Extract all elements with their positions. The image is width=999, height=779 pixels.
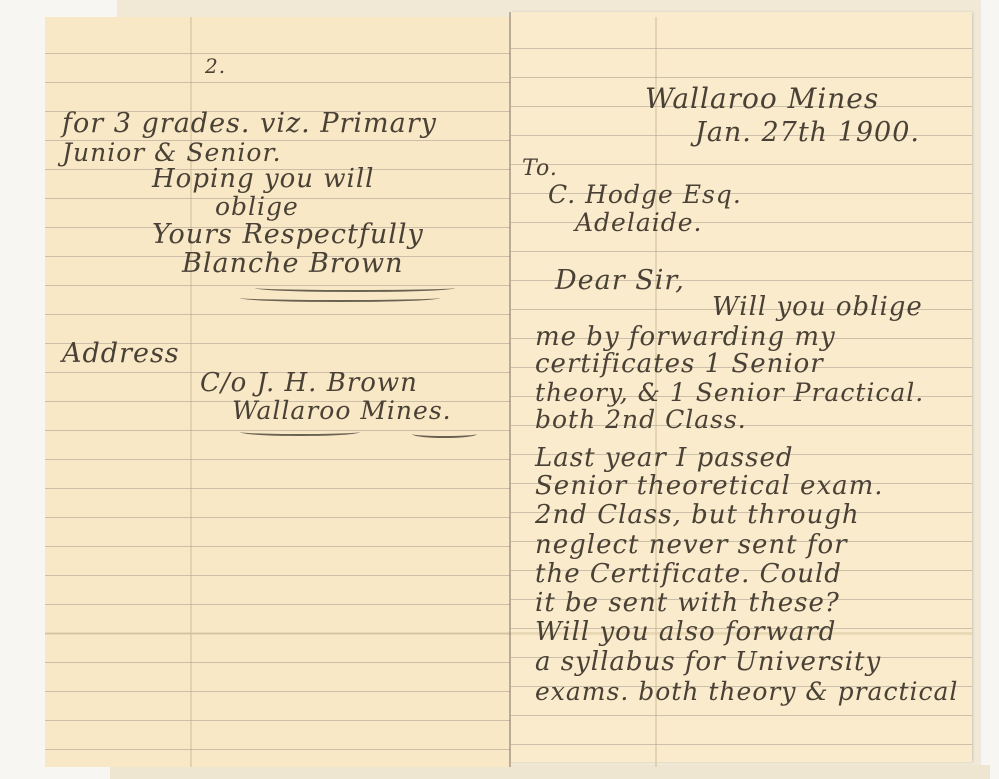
- letter-line: Hoping you will: [152, 164, 375, 194]
- body-line: Will you oblige: [712, 292, 923, 322]
- body-line: exams. both theory & practical: [535, 677, 958, 706]
- address-label: Address: [62, 338, 180, 369]
- body-line: it be sent with these?: [535, 588, 840, 618]
- body-line: me by forwarding my: [535, 322, 836, 352]
- body-line: both 2nd Class.: [535, 405, 747, 434]
- page-spine: [509, 12, 511, 767]
- recipient-city: Adelaide.: [575, 208, 703, 237]
- address-line: Wallaroo Mines.: [232, 396, 452, 425]
- body-line: Last year I passed: [535, 443, 794, 473]
- body-line: theory, & 1 Senior Practical.: [535, 378, 924, 407]
- address-flourish: [240, 428, 360, 436]
- body-line: certificates 1 Senior: [535, 349, 824, 379]
- address-flourish: [412, 430, 477, 438]
- body-line: 2nd Class, but through: [535, 500, 860, 530]
- body-line: the Certificate. Could: [535, 559, 842, 589]
- signature-flourish: [240, 294, 440, 302]
- letter-line: Junior & Senior.: [62, 138, 282, 167]
- letter-date: Jan. 27th 1900.: [695, 117, 920, 148]
- letter-line: oblige: [215, 192, 299, 221]
- salutation: Dear Sir,: [555, 265, 685, 296]
- body-line: a syllabus for University: [535, 647, 881, 677]
- signature-flourish: [255, 284, 455, 292]
- address-line: C/o J. H. Brown: [200, 368, 418, 398]
- body-line: Senior theoretical exam.: [535, 471, 884, 501]
- backing-sheet-edge: [110, 765, 990, 779]
- body-line: Will you also forward: [535, 617, 836, 647]
- letter-place: Wallaroo Mines: [645, 82, 879, 115]
- signature: Blanche Brown: [182, 248, 404, 279]
- body-line: neglect never sent for: [535, 530, 848, 560]
- recipient-name: C. Hodge Esq.: [548, 180, 742, 209]
- letter-line: for 3 grades. viz. Primary: [62, 108, 437, 139]
- to-label: To.: [522, 156, 558, 181]
- page-number: 2.: [205, 54, 226, 78]
- closing: Yours Respectfully: [152, 219, 424, 250]
